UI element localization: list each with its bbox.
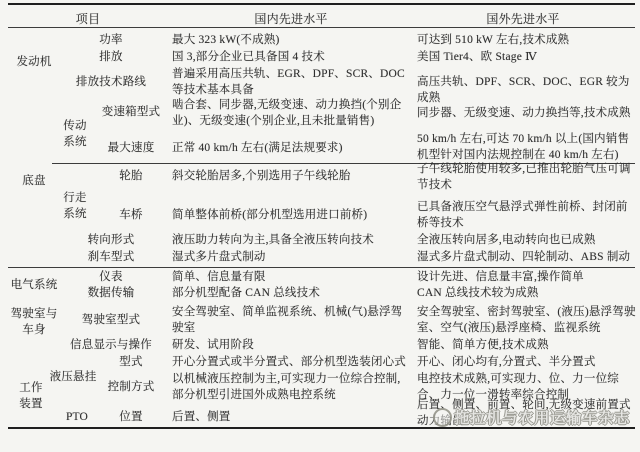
journal-logo-icon xyxy=(433,408,452,427)
item-emission: 排放 xyxy=(56,49,166,65)
cell-steering-domestic: 液压助力转向为主,具备全液压转向技术 xyxy=(172,232,412,248)
cell-pto-position-domestic: 后置、侧置 xyxy=(172,409,412,425)
cell-emission-route-foreign: 高压共轨、DPF、SCR、DOC、EGR 较为成熟 xyxy=(417,74,638,106)
cell-info-display-domestic: 研发、试用阶段 xyxy=(172,337,412,353)
item-max-speed: 最大速度 xyxy=(96,140,166,156)
cell-emission-foreign: 美国 Tier4、欧 Stage Ⅳ xyxy=(417,49,638,65)
item-emission-route: 排放技术路线 xyxy=(56,74,166,90)
group-label-electrical: 电气系统 xyxy=(6,277,62,293)
item-gearbox-type: 变速箱型式 xyxy=(96,104,166,120)
chassis-electrical-separator-line xyxy=(8,267,635,268)
cell-instruments-domestic: 简单、信息量有限 xyxy=(172,269,412,285)
subgroup-label-transmission: 传动系统 xyxy=(60,118,90,150)
cell-instruments-foreign: 设计先进、信息量丰富,操作简单 xyxy=(417,269,638,285)
cell-data-transfer-domestic: 部分机型配备 CAN 总线技术 xyxy=(172,285,412,301)
cell-cab-type-foreign: 安全驾驶室、密封驾驶室、(液压)悬浮驾驶室、空气(液压)悬浮座椅、监视系统 xyxy=(417,304,638,336)
item-instruments: 仪表 xyxy=(56,269,166,285)
cell-info-display-foreign: 智能、简单方便,技术成熟 xyxy=(417,337,638,353)
subgroup-label-hitch: 液压悬挂 xyxy=(46,369,100,385)
item-power: 功率 xyxy=(56,32,166,48)
cell-power-foreign: 可达到 510 kW 左右,技术成熟 xyxy=(417,32,638,48)
cell-axle-domestic: 简单整体前桥(部分机型选用进口前桥) xyxy=(172,207,412,223)
cell-emission-domestic: 国 3,部分企业已具备国 4 技术 xyxy=(172,49,412,65)
col-header-foreign: 国外先进水平 xyxy=(412,11,634,27)
cell-max-speed-domestic: 正常 40 km/h 左右(满足法规要求) xyxy=(172,140,412,156)
cell-data-transfer-foreign: CAN 总线技术较为成熟 xyxy=(417,285,638,301)
item-axle: 车桥 xyxy=(96,207,166,223)
item-pto-position: 位置 xyxy=(96,409,166,425)
journal-watermark-text: 拖拉机与农用运输车杂志 xyxy=(454,406,630,428)
item-tires: 轮胎 xyxy=(96,168,166,184)
group-label-cab: 驾驶室与车身 xyxy=(6,306,62,338)
col-header-item: 项目 xyxy=(8,11,168,27)
col-header-domestic: 国内先进水平 xyxy=(172,11,410,27)
cell-axle-foreign: 已具备液压空气悬浮式弹性前桥、封闭前桥等技术 xyxy=(417,199,638,231)
item-control-method: 控制方式 xyxy=(96,379,166,395)
item-steering: 转向形式 xyxy=(56,232,166,248)
cell-gearbox-foreign: 同步器、无级变速、动力换挡等,技术成熟 xyxy=(417,105,638,121)
cell-emission-route-domestic: 普遍采用高压共轨、EGR、DPF、SCR、DOC 等技术基本具备 xyxy=(172,66,412,98)
cell-max-speed-foreign: 50 km/h 左右,可达 70 km/h 以上(国内销售机型针对国内法规控制在… xyxy=(417,131,638,163)
scanned-table-page: 项目 国内先进水平 国外先进水平 发动机 底盘 电气系统 驾驶室与车身 工作装置… xyxy=(0,0,640,452)
item-data-transfer: 数据传输 xyxy=(56,285,166,301)
header-separator-line xyxy=(8,27,635,28)
cell-gearbox-domestic: 啮合套、同步器,无级变速、动力换挡(个别企业)、无级变速(个别企业,且未批量销售… xyxy=(172,97,412,129)
item-hitch-type: 型式 xyxy=(96,354,166,370)
cell-cab-type-domestic: 安全驾驶室、简单监视系统、机械(气)悬浮驾驶室 xyxy=(172,304,412,336)
cell-hitch-type-domestic: 开心分置式或半分置式、部分机型选装闭心式 xyxy=(172,354,412,370)
item-brake: 刹车型式 xyxy=(56,249,166,265)
item-info-display: 信息显示与操作 xyxy=(56,337,166,353)
cell-power-domestic: 最大 323 kW(不成熟) xyxy=(172,32,412,48)
cell-tires-domestic: 斜交轮胎居多,个别选用子午线轮胎 xyxy=(172,168,412,184)
cell-steering-foreign: 全液压转向居多,电动转向也已成熟 xyxy=(417,232,638,248)
group-label-engine: 发动机 xyxy=(8,54,60,70)
group-label-chassis: 底盘 xyxy=(8,173,60,189)
cell-control-method-domestic: 以机械液压控制为主,可实现力一位综合控制,部分机型引进国外成熟电控系统 xyxy=(172,371,412,403)
item-cab-type: 驾驶室型式 xyxy=(56,312,166,328)
cell-tires-foreign: 子午线轮胎使用较多,已推出轮胎气压可调节技术 xyxy=(417,161,638,193)
cell-hitch-type-foreign: 开心、闭心均有,分置式、半分置式 xyxy=(417,354,638,370)
subgroup-label-running: 行走系统 xyxy=(60,190,90,222)
journal-watermark: 拖拉机与农用运输车杂志 xyxy=(433,405,638,429)
table-top-border xyxy=(8,3,635,5)
cell-brake-foreign: 湿式多片盘式制动、四轮制动、ABS 制动 xyxy=(417,249,638,265)
cell-brake-domestic: 湿式多片盘式制动 xyxy=(172,249,412,265)
subgroup-label-pto: PTO xyxy=(58,409,96,425)
group-label-implement: 工作装置 xyxy=(16,380,46,412)
